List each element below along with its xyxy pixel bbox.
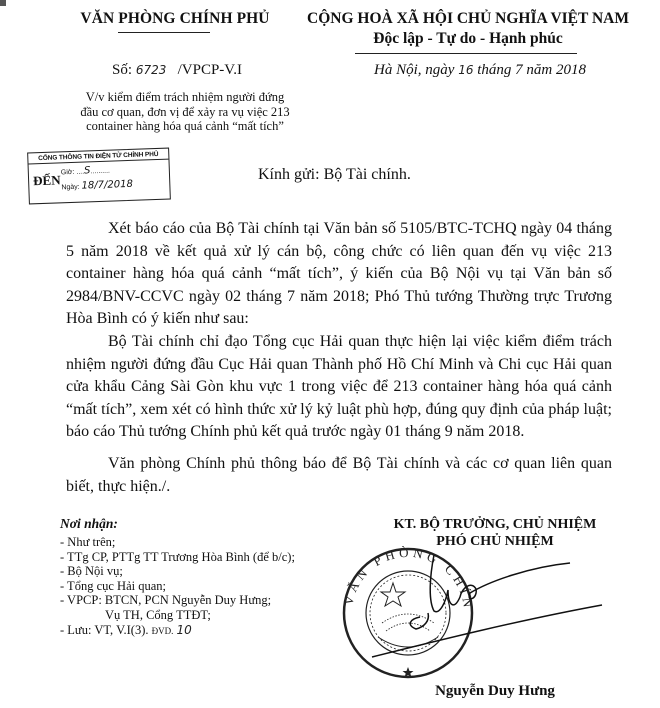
seal-text: VĂN PHÒNG CHÍNH PHỦ (330, 545, 476, 612)
day-handwritten: 16 (458, 63, 473, 77)
scan-corner-mark (0, 0, 6, 6)
subject-line-1: V/v kiểm điểm trách nhiệm người đứng (40, 90, 330, 105)
body-paragraph-2-text: Bộ Tài chính chỉ đạo Tổng cục Hải quan t… (66, 333, 612, 440)
stamp-date: Ngày: 18/7/2018 (61, 179, 133, 192)
agency-name: VĂN PHÒNG CHÍNH PHỦ (60, 10, 290, 28)
archive-prefix: - Lưu: VT, V.I(3). (60, 623, 148, 637)
recipient-item: - Tổng cục Hải quan; (60, 579, 295, 594)
place-date-suffix: tháng 7 năm 2018 (477, 62, 586, 78)
body-paragraph-1-text: Xét báo cáo của Bộ Tài chính tại Văn bản… (66, 220, 612, 327)
body-paragraph-2: Bộ Tài chính chỉ đạo Tổng cục Hải quan t… (66, 331, 612, 444)
signature-title-line1: KT. BỘ TRƯỞNG, CHỦ NHIỆM (330, 516, 660, 533)
seal-star-icon (381, 583, 405, 606)
recipient-item: - Bộ Nội vụ; (60, 564, 295, 579)
body-paragraph-1: Xét báo cáo của Bộ Tài chính tại Văn bản… (66, 218, 612, 331)
subject-line-2: đầu cơ quan, đơn vị để xảy ra vụ việc 21… (40, 105, 330, 120)
recipient-item: - Như trên; (60, 535, 295, 550)
received-stamp: CỔNG THÔNG TIN ĐIỆN TỬ CHÍNH PHỦ ĐẾN Giờ… (27, 148, 171, 205)
stamp-time: Giờ: ....S.......... (61, 165, 110, 178)
recipients-list: - Như trên; - TTg CP, PTTg TT Trương Hòa… (60, 535, 295, 638)
agency-underline (118, 32, 210, 33)
national-motto: Độc lập - Tự do - Hạnh phúc (282, 30, 654, 48)
subject-line: V/v kiểm điểm trách nhiệm người đứng đầu… (40, 90, 330, 134)
body-paragraph-3: Văn phòng Chính phủ thông báo để Bộ Tài … (66, 453, 612, 498)
salutation: Kính gửi: Bộ Tài chính. (258, 166, 411, 184)
stamp-date-label: Ngày: (61, 184, 80, 192)
archive-initials: ĐVD. (152, 626, 174, 636)
archive-count-handwritten: 10 (176, 623, 191, 637)
body-paragraph-3-text: Văn phòng Chính phủ thông báo để Bộ Tài … (66, 455, 612, 495)
recipient-item: - TTg CP, PTTg TT Trương Hòa Bình (để b/… (60, 550, 295, 565)
stamp-den-label: ĐẾN (33, 172, 61, 189)
place-date: Hà Nội, ngày 16 tháng 7 năm 2018 (300, 62, 660, 79)
stamp-date-value: 18/7/2018 (81, 179, 133, 192)
subject-line-3: container hàng hóa quá cảnh “mất tích” (40, 119, 330, 134)
official-seal-and-signature: VĂN PHÒNG CHÍNH PHỦ (330, 545, 660, 685)
signature-stroke (372, 555, 602, 657)
doc-number-prefix: Số: (112, 62, 132, 78)
recipient-item: - VPCP: BTCN, PCN Nguyễn Duy Hưng; (60, 593, 295, 608)
motto-underline (355, 53, 577, 54)
country-name: CỘNG HOÀ XÃ HỘI CHỦ NGHĨA VIỆT NAM (282, 10, 654, 28)
recipient-continuation: Vụ TH, Cổng TTĐT; (60, 608, 295, 623)
signer-name: Nguyễn Duy Hưng (330, 683, 660, 700)
document-number: Số: 6723 /VPCP-V.I (62, 62, 292, 79)
stamp-time-label: Giờ: (61, 169, 75, 176)
recipient-archive: - Lưu: VT, V.I(3). ĐVD. 10 (60, 623, 295, 639)
doc-number-handwritten: 6723 (136, 63, 167, 77)
recipients-title: Nơi nhận: (60, 516, 118, 532)
stamp-title: CỔNG THÔNG TIN ĐIỆN TỬ CHÍNH PHỦ (28, 149, 168, 165)
place-date-prefix: Hà Nội, ngày (374, 62, 454, 78)
doc-number-suffix: /VPCP-V.I (178, 62, 242, 78)
